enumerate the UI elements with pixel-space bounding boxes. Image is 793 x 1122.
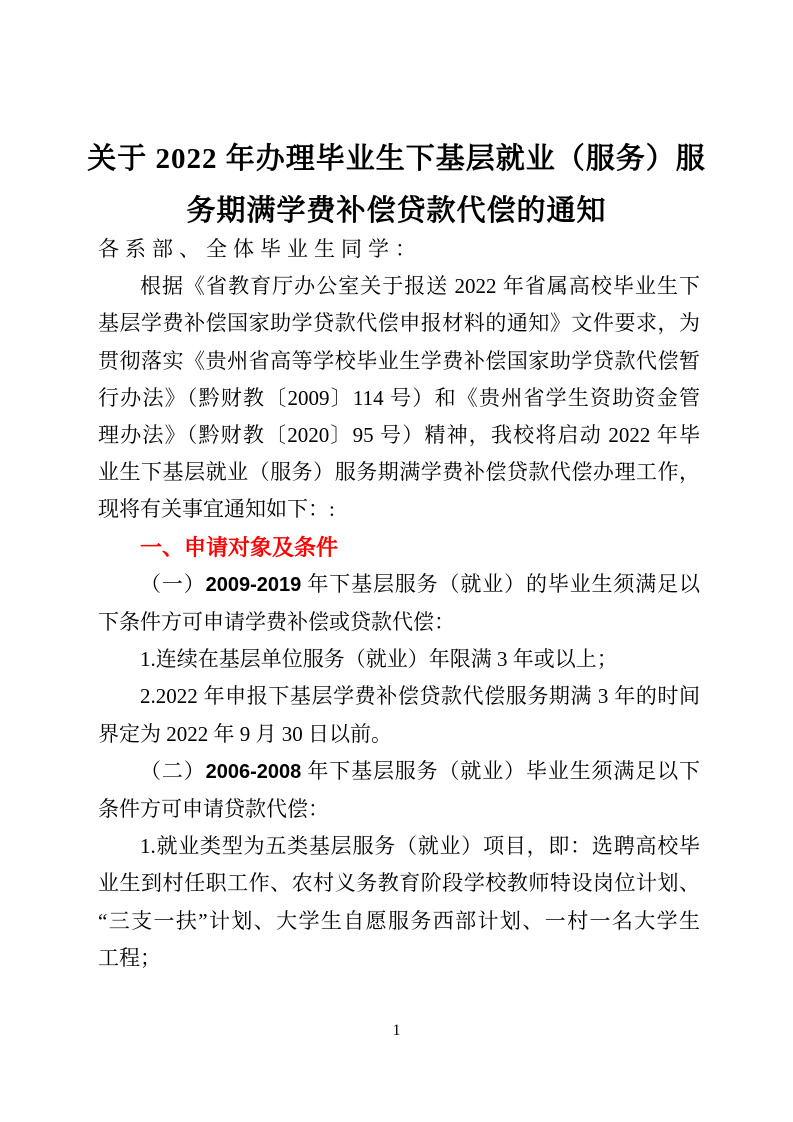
body-line: 贯彻落实《贵州省高等学校毕业生学费补偿国家助学贷款代偿暂	[98, 343, 700, 380]
text-run: 工程；	[98, 946, 161, 970]
body-line: 下条件方可申请学费补偿或贷款代偿：	[98, 604, 700, 641]
document-title: 关于 2022 年办理毕业生下基层就业（服务）服 务期满学费补偿贷款代偿的通知	[60, 133, 733, 237]
text-run: 业生下基层就业（服务）服务期满学费补偿贷款代偿办理工作，	[98, 460, 700, 484]
text-run: 根据《省教育厅办公室关于报送 2022 年省属高校毕业生下	[140, 274, 700, 298]
body-line: 业生到村任职工作、农村义务教育阶段学校教师特设岗位计划、	[98, 865, 700, 902]
body-line: 现将有关事宜通知如下：:	[98, 491, 700, 528]
text-run: 贯彻落实《贵州省高等学校毕业生学费补偿国家助学贷款代偿暂	[98, 349, 700, 373]
text-run: （一）	[140, 572, 206, 596]
text-run: 下条件方可申请学费补偿或贷款代偿：	[98, 610, 455, 634]
text-run: （二）	[140, 759, 206, 783]
text-run: 基层学费补偿国家助学贷款代偿申报材料的通知》文件要求，为	[98, 311, 700, 335]
page-number: 1	[0, 1022, 793, 1040]
title-line-1: 关于 2022 年办理毕业生下基层就业（服务）服	[60, 133, 733, 185]
text-run: 界定为 2022 年 9 月 30 日以前。	[98, 722, 392, 746]
body-line: 基层学费补偿国家助学贷款代偿申报材料的通知》文件要求，为	[98, 305, 700, 342]
document-page: 关于 2022 年办理毕业生下基层就业（服务）服 务期满学费补偿贷款代偿的通知 …	[0, 0, 793, 1122]
text-run: 一、申请对象及条件	[140, 535, 338, 560]
text-run: 年下基层服务（就业）的毕业生须满足以	[301, 572, 700, 596]
text-run: “三支一扶”计划、大学生自愿服务西部计划、一村一名大学生	[98, 909, 700, 933]
body-line: “三支一扶”计划、大学生自愿服务西部计划、一村一名大学生	[98, 903, 700, 940]
text-run: 年下基层服务（就业）毕业生须满足以下	[301, 759, 700, 783]
body-line: 2.2022 年申报下基层学费补偿贷款代偿服务期满 3 年的时间	[98, 678, 700, 715]
body-line: 1.连续在基层单位服务（就业）年限满 3 年或以上；	[98, 641, 700, 678]
bold-year-range: 2006-2008	[206, 761, 302, 783]
text-run: 业生到村任职工作、农村义务教育阶段学校教师特设岗位计划、	[98, 871, 700, 895]
body-line: 1.就业类型为五类基层服务（就业）项目，即：选聘高校毕	[98, 828, 700, 865]
body-line: （一）2009-2019 年下基层服务（就业）的毕业生须满足以	[98, 566, 700, 604]
body-line: 工程；	[98, 940, 700, 977]
text-run: 条件方可申请贷款代偿：	[98, 797, 329, 821]
text-run: 2.2022 年申报下基层学费补偿贷款代偿服务期满 3 年的时间	[140, 684, 700, 708]
document-body: 各系部、全体毕业生同学：根据《省教育厅办公室关于报送 2022 年省属高校毕业生…	[98, 231, 700, 977]
text-run: 现将有关事宜通知如下：:	[98, 497, 335, 521]
bold-year-range: 2009-2019	[206, 574, 302, 596]
body-line: 各系部、全体毕业生同学：	[98, 231, 700, 268]
text-run: 1.就业类型为五类基层服务（就业）项目，即：选聘高校毕	[140, 834, 700, 858]
body-line: 界定为 2022 年 9 月 30 日以前。	[98, 716, 700, 753]
body-line: （二）2006-2008 年下基层服务（就业）毕业生须满足以下	[98, 753, 700, 791]
body-line: 行办法》（黔财教〔2009〕114 号）和《贵州省学生资助资金管	[98, 380, 700, 417]
title-line-2: 务期满学费补偿贷款代偿的通知	[60, 185, 733, 237]
section-heading: 一、申请对象及条件	[98, 529, 700, 566]
text-run: 1.连续在基层单位服务（就业）年限满 3 年或以上；	[140, 647, 618, 671]
body-line: 条件方可申请贷款代偿：	[98, 791, 700, 828]
text-run: 理办法》（黔财教〔2020〕95 号）精神，我校将启动 2022 年毕	[98, 423, 700, 447]
body-line: 理办法》（黔财教〔2020〕95 号）精神，我校将启动 2022 年毕	[98, 417, 700, 454]
text-run: 各系部、全体毕业生同学：	[98, 237, 422, 261]
text-run: 行办法》（黔财教〔2009〕114 号）和《贵州省学生资助资金管	[98, 386, 700, 410]
body-line: 根据《省教育厅办公室关于报送 2022 年省属高校毕业生下	[98, 268, 700, 305]
body-line: 业生下基层就业（服务）服务期满学费补偿贷款代偿办理工作，	[98, 454, 700, 491]
